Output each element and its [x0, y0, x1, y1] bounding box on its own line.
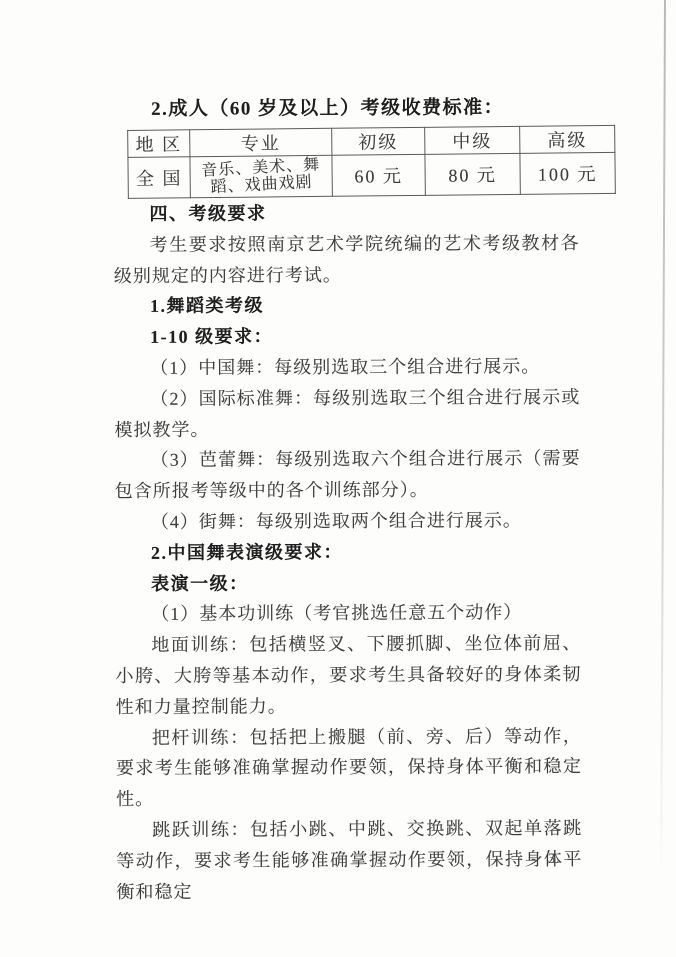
chinese-dance-performance-heading: 2.中国舞表演级要求： — [115, 536, 581, 569]
fee-table-wrapper: 地 区 专业 初级 中级 高级 全 国 音乐、美术、舞 蹈、戏曲戏剧 60 元 — [127, 125, 580, 199]
intro-paragraph: 考生要求按照南京艺术学院统编的艺术考级教材各级别规定的内容进行考试。 — [114, 228, 580, 292]
header-region: 地 区 — [128, 130, 190, 158]
fee-standard-heading: 2.成人（60 岁及以上）考级收费标准： — [113, 93, 579, 125]
header-major: 专业 — [190, 128, 332, 156]
fee-table: 地 区 专业 初级 中级 高级 全 国 音乐、美术、舞 蹈、戏曲戏剧 60 元 — [127, 125, 616, 199]
page-number: - 3 - — [531, 851, 576, 868]
cell-majors-text: 音乐、美术、舞 蹈、戏曲戏剧 — [201, 156, 322, 196]
scan-edge-line — [660, 0, 666, 880]
item-ballet: （3）芭蕾舞：每级别选取六个组合进行展示（需要包含所报考等级中的各个训练部分）。 — [115, 443, 581, 507]
item-street-dance: （4）街舞：每级别选取两个组合进行展示。 — [115, 505, 581, 538]
document-page: 2.成人（60 岁及以上）考级收费标准： 地 区 专业 初级 中级 高级 全 国… — [0, 0, 676, 957]
cell-middle-fee: 80 元 — [425, 153, 520, 195]
basic-training-paragraph: （1）基本功训练（考官挑选任意五个动作） — [115, 597, 581, 630]
header-senior-level: 高级 — [520, 125, 615, 153]
requirements-heading: 四、考级要求 — [113, 197, 579, 230]
dance-category-heading: 1.舞蹈类考级 — [114, 289, 580, 322]
page-content: 2.成人（60 岁及以上）考级收费标准： 地 区 专业 初级 中级 高级 全 国… — [113, 93, 583, 907]
performance-level-one-heading: 表演一级： — [115, 567, 581, 600]
fee-table-data-row: 全 国 音乐、美术、舞 蹈、戏曲戏剧 60 元 80 元 100 元 — [128, 152, 615, 198]
floor-training-paragraph: 地面训练：包括横竖叉、下腰抓脚、坐位体前屈、小胯、大胯等基本动作，要求考生具备较… — [115, 628, 581, 722]
levels-heading: 1-10 级要求： — [114, 320, 580, 353]
item-international-standard-dance: （2）国际标准舞：每级别选取三个组合进行展示或模拟教学。 — [114, 382, 580, 446]
cell-junior-fee: 60 元 — [332, 154, 425, 196]
header-middle-level: 中级 — [425, 126, 520, 154]
header-junior-level: 初级 — [332, 127, 425, 155]
item-chinese-dance: （1）中国舞：每级别选取三个组合进行展示。 — [114, 351, 580, 384]
cell-majors: 音乐、美术、舞 蹈、戏曲戏剧 — [190, 155, 332, 197]
cell-senior-fee: 100 元 — [520, 152, 615, 194]
jump-training-paragraph: 跳跃训练：包括小跳、中跳、交换跳、双起单落跳等动作，要求考生能够准确掌握动作要领… — [116, 813, 582, 907]
barre-training-paragraph: 把杆训练：包括把上搬腿（前、旁、后）等动作，要求考生能够准确掌握动作要领，保持身… — [116, 721, 582, 815]
cell-region: 全 国 — [128, 157, 190, 199]
